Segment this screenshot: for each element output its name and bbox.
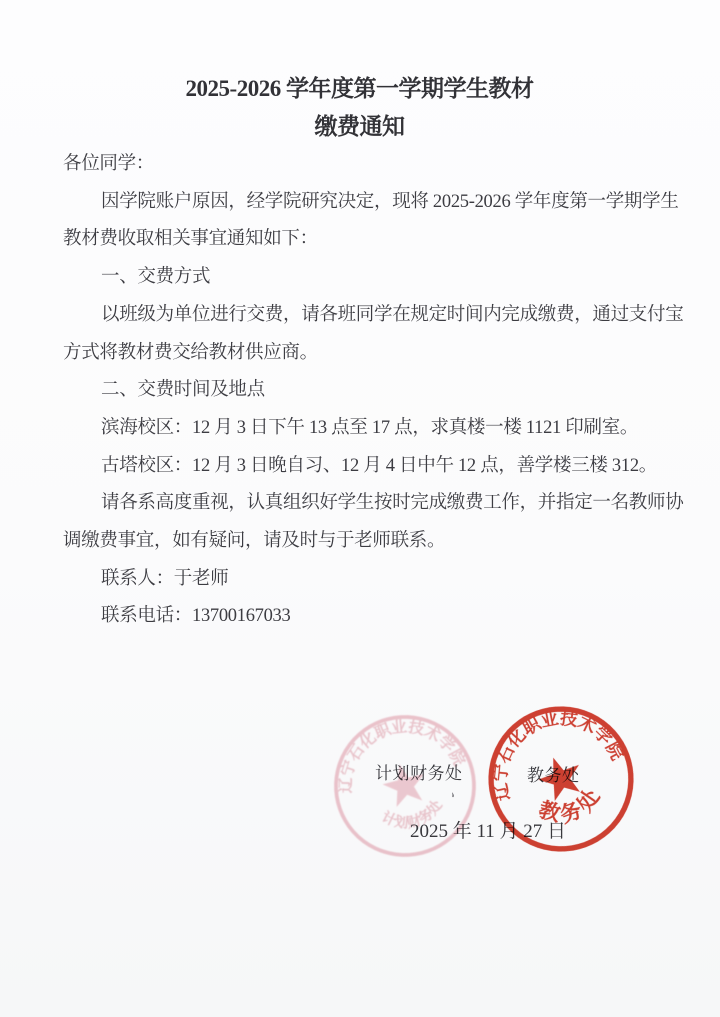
body-line: 联系人：于老师: [63, 561, 656, 599]
body-line: 滨海校区：12 月 3 日下午 13 点至 17 点，求真楼一楼 1121 印刷…: [63, 410, 656, 448]
body-line: 方式将教材费交给教材供应商。: [63, 335, 656, 373]
svg-text:辽宁石化职业技术学院: 辽宁石化职业技术学院: [470, 688, 629, 806]
academic-affairs-stamp-icon: 辽宁石化职业技术学院 教务处: [464, 682, 659, 877]
document-title-line2: 缴费通知: [63, 108, 656, 146]
document-body: 各位同学：因学院账户原因，经学院研究决定，现将 2025-2026 学年度第一学…: [63, 146, 656, 636]
body-line: 二、交费时间及地点: [63, 372, 656, 410]
body-line: 各位同学：: [63, 146, 656, 184]
notice-document: 2025-2026 学年度第一学期学生教材 缴费通知 各位同学：因学院账户原因，…: [0, 0, 720, 1017]
body-line: 请各系高度重视，认真组织好学生按时完成缴费工作，并指定一名教师协: [63, 485, 656, 523]
body-line: 因学院账户原因，经学院研究决定，现将 2025-2026 学年度第一学期学生: [63, 184, 656, 222]
body-line: 以班级为单位进行交费，请各班同学在规定时间内完成缴费，通过支付宝: [63, 297, 656, 335]
body-line: 古塔校区：12 月 3 日晚自习、12 月 4 日中午 12 点，善学楼三楼 3…: [63, 448, 656, 486]
body-line: 联系电话：13700167033: [63, 598, 656, 636]
body-line: 调缴费事宜，如有疑问，请及时与于老师联系。: [63, 523, 656, 561]
body-line: 一、交费方式: [63, 259, 656, 297]
planning-finance-stamp-icon: 辽宁石化职业技术学院 计划财务处: [314, 695, 496, 877]
star-icon: [379, 759, 430, 809]
body-line: 教材费收取相关事宜通知如下：: [63, 221, 656, 259]
document-title-line1: 2025-2026 学年度第一学期学生教材: [63, 70, 656, 108]
svg-text:计划财务处: 计划财务处: [376, 794, 450, 839]
